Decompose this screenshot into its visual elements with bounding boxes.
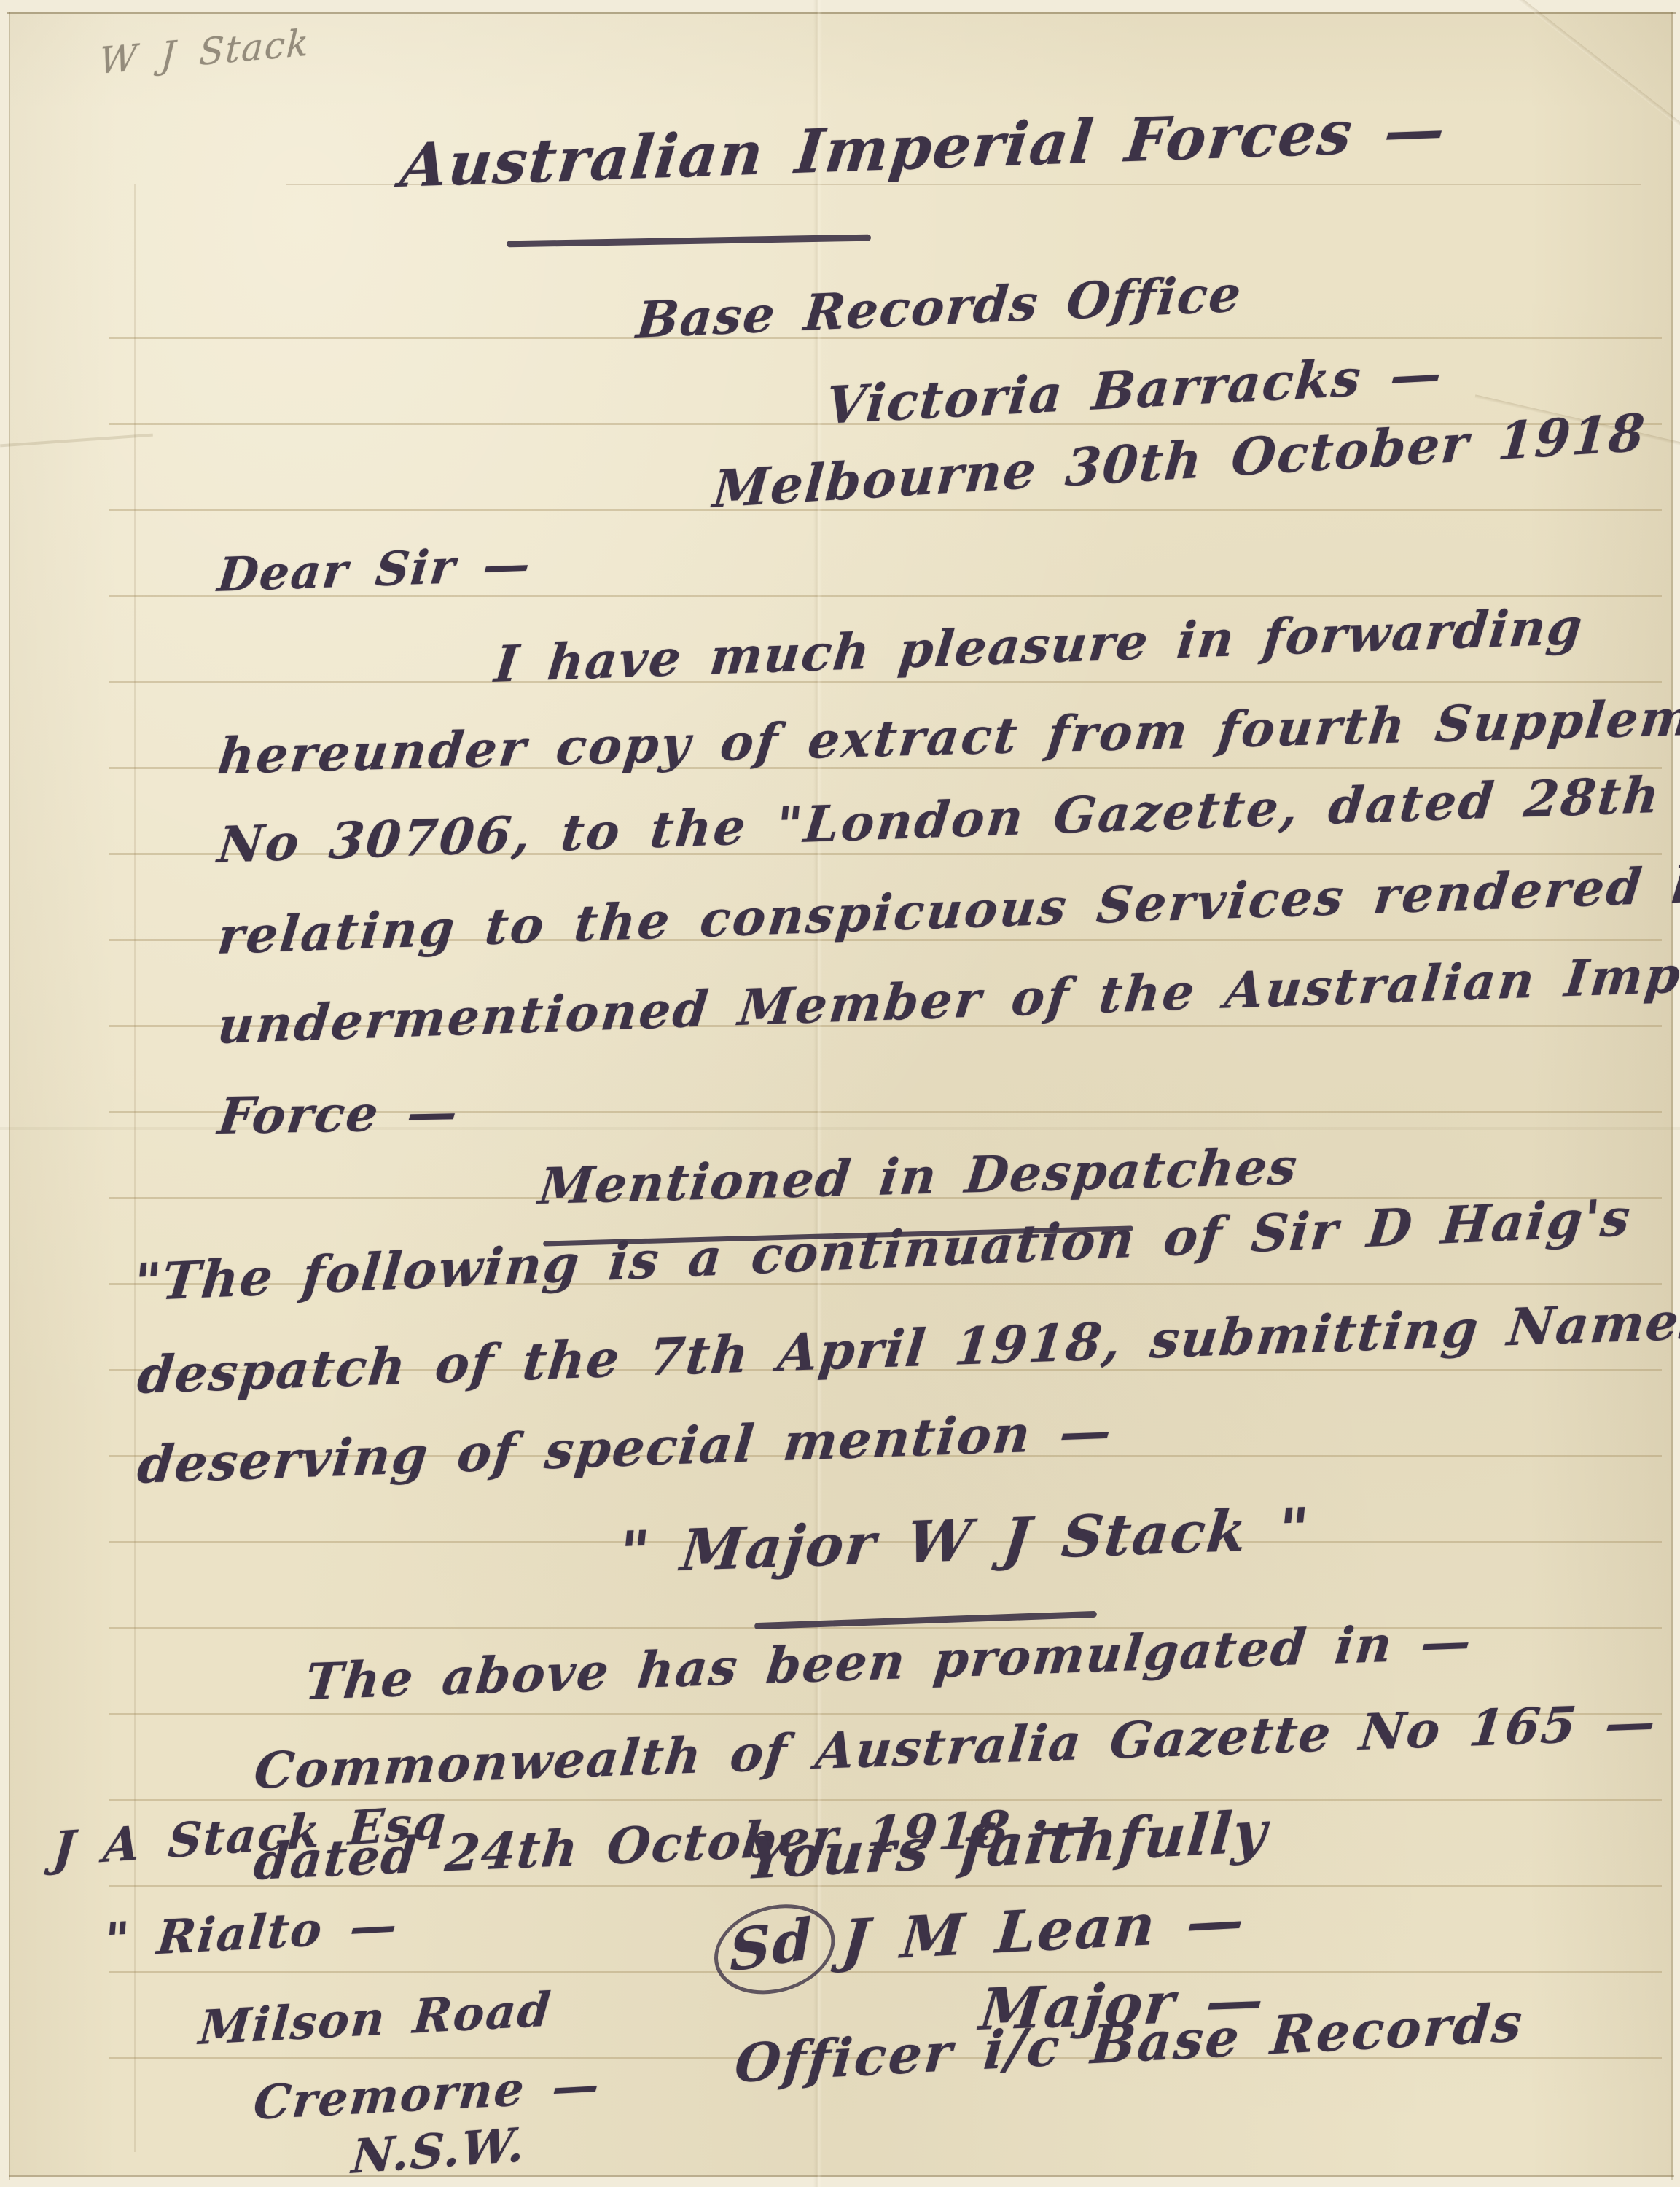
body-line: Force —: [215, 1083, 462, 1146]
left-mid-crease: [0, 434, 153, 448]
salutation: Dear Sir —: [215, 537, 534, 603]
letterhead-organisation: Australian Imperial Forces —: [397, 95, 1450, 201]
paper-edge-right: [1671, 12, 1673, 2180]
letterhead-office: Base Records Office: [634, 265, 1245, 350]
addressee-suburb: Cremorne —: [251, 2058, 603, 2131]
pencil-annotation: W J Stack: [98, 21, 311, 82]
paper-edge-top: [7, 12, 1676, 14]
body-line: relating to the conspicuous Services ren…: [215, 850, 1680, 966]
scan-margin-bottom: [0, 2177, 1680, 2187]
title-underline: [507, 235, 871, 248]
addressee-house: " Rialto —: [102, 1898, 400, 1968]
signature-sd-oval: Sd: [714, 1896, 835, 2003]
scan-margin-left: [0, 0, 9, 2187]
body-line: I have much pleasure in forwarding: [492, 598, 1586, 694]
body-line: deserving of special mention —: [135, 1400, 1116, 1495]
body-line: The above has been promulgated in —: [302, 1613, 1475, 1712]
body-line: hereunder copy of extract from fourth Su…: [215, 684, 1680, 786]
despatches-heading: Mentioned in Despatches: [536, 1137, 1301, 1216]
top-right-crease: [1461, 0, 1680, 154]
letter-page: W J Stack Australian Imperial Forces — B…: [0, 0, 1680, 2187]
signature-name: J M Lean —: [839, 1887, 1248, 1975]
body-line: Commonwealth of Australia Gazette No 165…: [251, 1693, 1660, 1801]
scan-margin-top: [0, 0, 1680, 12]
paper-edge-left: [9, 12, 10, 2180]
addressee-street: Milson Road: [197, 1982, 554, 2056]
scan-margin-right: [1673, 0, 1680, 2187]
body-line: despatch of the 7th April 1918, submitti…: [135, 1290, 1680, 1406]
mention-name: " Major W J Stack ": [616, 1496, 1313, 1586]
paper-edge-bottom: [9, 2175, 1674, 2177]
